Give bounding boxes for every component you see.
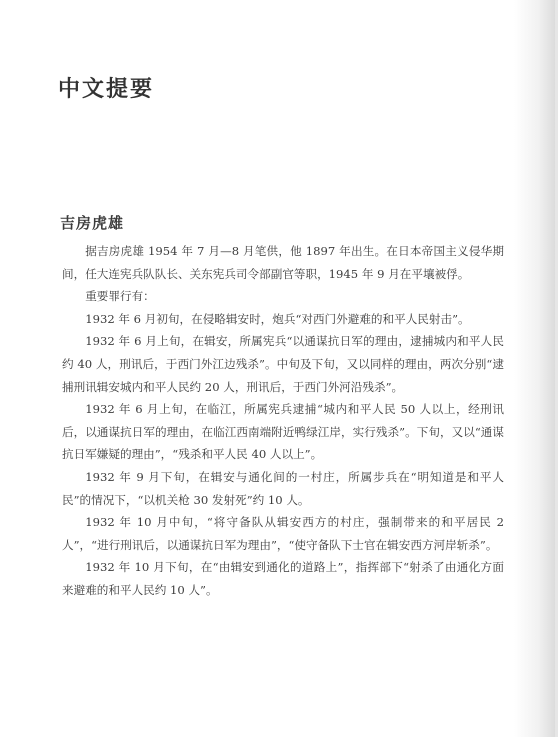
paragraph-crime-4: 1932 年 9 月下旬，在辑安与通化间的一村庄，所属步兵在“明知道是和平人民”… [62, 466, 504, 511]
paragraph-crime-6: 1932 年 10 月下旬，在“由辑安到通化的道路上”，指挥部下“射杀了由通化方… [62, 556, 504, 601]
paragraph-bio: 据吉房虎雄 1954 年 7 月—8 月笔供，他 1897 年出生。在日本帝国主… [62, 240, 504, 285]
page-title: 中文提要 [58, 72, 154, 103]
paragraph-crime-2: 1932 年 6 月上旬，在辑安，所属宪兵“以通谋抗日军的理由，逮捕城内和平人民… [62, 330, 504, 398]
paragraph-crime-3: 1932 年 6 月上旬，在临江，所属宪兵逮捕“城内和平人民 50 人以上，经刑… [62, 398, 504, 466]
paragraph-crime-1: 1932 年 6 月初旬，在侵略辑安时，炮兵“对西门外避难的和平人民射击”。 [62, 308, 504, 331]
section-heading: 吉房虎雄 [60, 212, 124, 233]
section-body: 据吉房虎雄 1954 年 7 月—8 月笔供，他 1897 年出生。在日本帝国主… [62, 240, 504, 602]
page-gutter-shadow [514, 0, 558, 737]
paragraph-crime-5: 1932 年 10 月中旬，“将守备队从辑安西方的村庄，强制带来的和平居民 2 … [62, 511, 504, 556]
paragraph-crimes-intro: 重要罪行有： [62, 285, 504, 308]
